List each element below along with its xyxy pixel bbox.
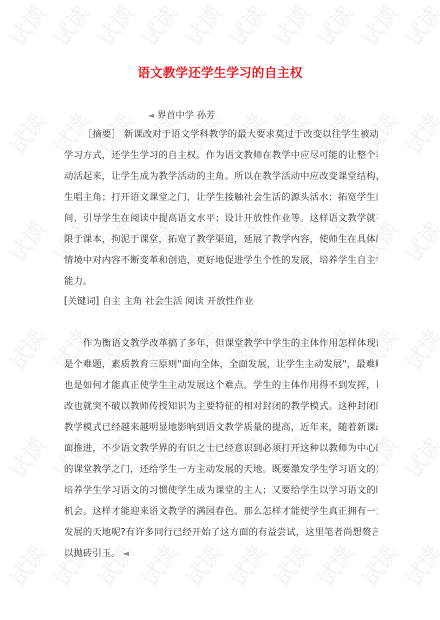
body-line: 发展的天地呢?有许多同行已经开始了这方面的有益尝试，这里笔者尚想赘言几句，: [64, 522, 378, 543]
abstract-line: 限于课本，拘泥于课堂，拓宽了教学渠道，延展了教学内容，使师生在具体的教学: [64, 229, 378, 250]
paragraph-mark-icon: ◄: [123, 549, 129, 558]
abstract-paragraph: ［摘要］ 新课改对于语文学科教学的最大要求莫过于改变以往学生被动接受的 学习方式…: [64, 124, 378, 292]
paragraph-mark-icon: ◄: [148, 111, 154, 120]
keywords-label: [关键词]: [64, 296, 99, 307]
abstract-line: 生唱主角；打开语文课堂之门，让学生接触社会生活的源头活水；拓宽学生阅读空: [64, 187, 378, 208]
body-paragraph: 作为衡语文教学改革搞了多年，但课堂教学中学生的主体作用怎样体现落实仍 是个难题，…: [64, 333, 378, 564]
body-line: 教学模式已经越来越明显地影响到语文教学质量的提高，近年来，随着新课改的全: [64, 417, 378, 438]
abstract-line: 能力。: [64, 271, 378, 292]
keywords-list: 自主 主角 社会生活 阅读 开放性作业: [102, 296, 253, 307]
abstract-line: 间、引导学生在阅读中提高语文水平；设计开放性作业等。这样语文教学就不再局: [64, 208, 378, 229]
body-line: 的课堂教学之门，还给学生一方主动发展的天地。既要激发学生学习语文的兴趣，: [64, 459, 378, 480]
body-line-text: 以抛砖引玉。: [64, 548, 121, 559]
body-line-last: 以抛砖引玉。◄: [64, 543, 378, 564]
document-page: 语文教学还学生学习的自主权 ◄界首中学 孙芳 ［摘要］ 新课改对于语文学科教学的…: [0, 0, 440, 620]
body-line: 也是如何才能真正使学生主动发展这个难点。学生的主体作用得不到发挥，语文教: [64, 375, 378, 396]
author-name: 界首中学 孙芳: [157, 110, 215, 121]
body-line: 机会。这样才能迎来语文教学的满园春色。那么怎样才能使学生真正拥有一方主动: [64, 501, 378, 522]
body-line: 面推进，不少语文教学界的有识之士已经意识到必须打开这种以教师为中心的封闭: [64, 438, 378, 459]
document-title: 语文教学还学生学习的自主权: [0, 63, 440, 81]
abstract-line: ［摘要］ 新课改对于语文学科教学的最大要求莫过于改变以往学生被动接受的: [64, 124, 378, 145]
body-line: 是个难题，素质教育三原则"面向全体，全面发展，让学生主动发展"，最难解决的: [64, 354, 378, 375]
author-line: ◄界首中学 孙芳: [148, 107, 215, 121]
abstract-line: 动活起来，让学生成为教学活动的主角。所以在教学活动中应改变课堂结构，让学: [64, 166, 378, 187]
body-line: 作为衡语文教学改革搞了多年，但课堂教学中学生的主体作用怎样体现落实仍: [64, 333, 378, 354]
keywords-line: [关键词] 自主 主角 社会生活 阅读 开放性作业: [64, 291, 253, 312]
body-line: 改也就突不破以教师传授知识为主要特征的相对封闭的教学模式。这种封闭的课堂: [64, 396, 378, 417]
body-line: 培养学生学习语文的习惯使学生成为课堂的主人；又要给学生以学习语文的时间和: [64, 480, 378, 501]
abstract-line: 情境中对内容不断变革和创造，更好地促进学生个性的发展，培养学生自主学习的: [64, 250, 378, 271]
abstract-line: 学习方式，还学生学习的自主权。作为语文教师在教学中应尽可能的让整个教学活: [64, 145, 378, 166]
